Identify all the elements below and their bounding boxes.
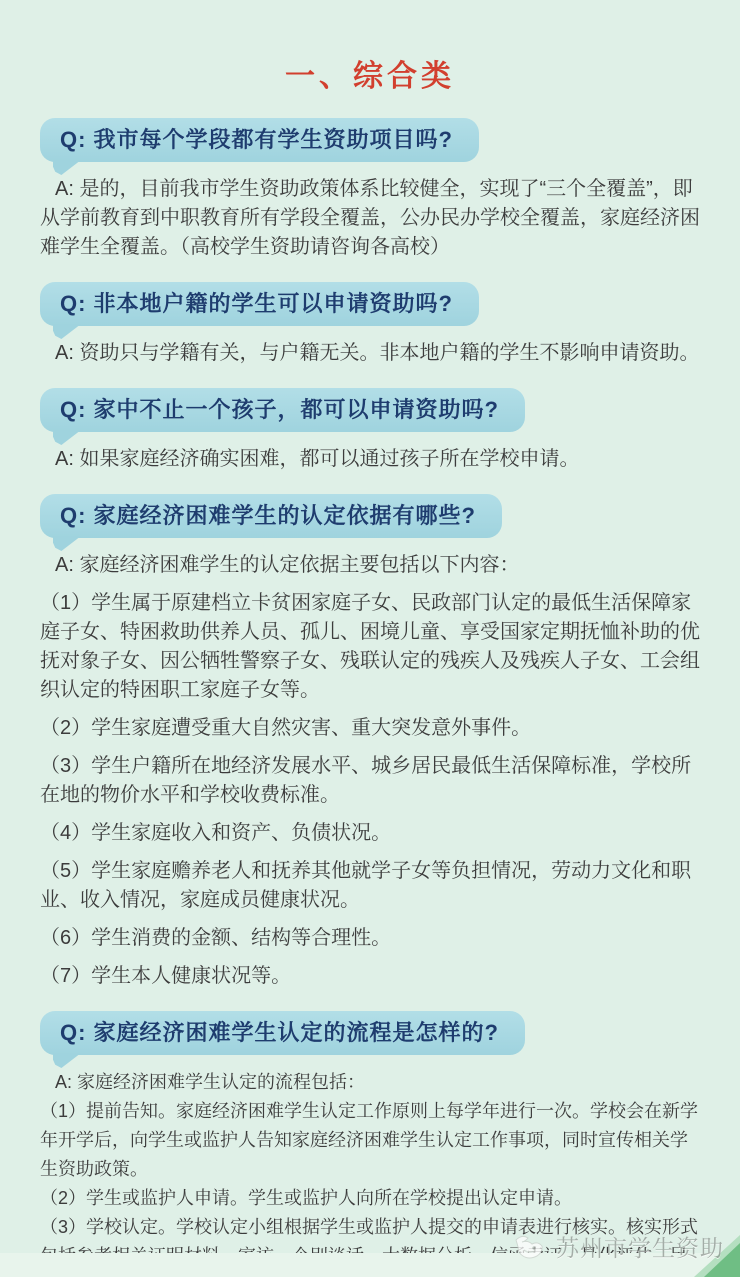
answer-paragraph: （6）学生消费的金额、结构等合理性。 — [40, 924, 700, 953]
qa-block-2: Q: 非本地户籍的学生可以申请资助吗? A: 资助只与学籍有关，与户籍无关。非本… — [40, 262, 700, 368]
question-bubble: Q: 家庭经济困难学生的认定依据有哪些? — [40, 494, 502, 538]
answer-paragraph: A: 如果家庭经济确实困难，都可以通过孩子所在学校申请。 — [40, 445, 700, 474]
question-text: Q: 家庭经济困难学生认定的流程是怎样的? — [60, 1020, 499, 1045]
answer-paragraph: （5）学生家庭赡养老人和抚养其他就学子女等负担情况，劳动力文化和职业、收入情况，… — [40, 857, 700, 915]
page-title: 一、综合类 — [0, 0, 740, 98]
answer-paragraph: A: 家庭经济困难学生的认定依据主要包括以下内容： — [40, 551, 700, 580]
qa-block-3: Q: 家中不止一个孩子，都可以申请资助吗? A: 如果家庭经济确实困难，都可以通… — [40, 368, 700, 474]
watermark: 苏州市学生资助 — [512, 1230, 724, 1263]
answer-block: A: 家庭经济困难学生的认定依据主要包括以下内容：（1）学生属于原建档立卡贫困家… — [40, 551, 700, 991]
answer-paragraph: （1）提前告知。家庭经济困难学生认定工作原则上每学年进行一次。学校会在新学年开学… — [40, 1097, 700, 1184]
question-text: Q: 家庭经济困难学生的认定依据有哪些? — [60, 503, 476, 528]
content-area: Q: 我市每个学段都有学生资助项目吗? A: 是的，目前我市学生资助政策体系比较… — [0, 98, 740, 1271]
question-bubble: Q: 我市每个学段都有学生资助项目吗? — [40, 118, 479, 162]
answer-block: A: 如果家庭经济确实困难，都可以通过孩子所在学校申请。 — [40, 445, 700, 474]
bird-logo-icon — [512, 1232, 548, 1262]
question-bubble: Q: 家中不止一个孩子，都可以申请资助吗? — [40, 388, 525, 432]
answer-paragraph: A: 资助只与学籍有关，与户籍无关。非本地户籍的学生不影响申请资助。 — [40, 339, 700, 368]
answer-paragraph: A: 是的，目前我市学生资助政策体系比较健全，实现了“三个全覆盖”，即从学前教育… — [40, 175, 700, 262]
question-bubble: Q: 家庭经济困难学生认定的流程是怎样的? — [40, 1011, 525, 1055]
answer-paragraph: （4）学生家庭收入和资产、负债状况。 — [40, 819, 700, 848]
qa-block-5: Q: 家庭经济困难学生认定的流程是怎样的? A: 家庭经济困难学生认定的流程包括… — [40, 991, 700, 1271]
question-text: Q: 非本地户籍的学生可以申请资助吗? — [60, 291, 453, 316]
answer-paragraph: A: 家庭经济困难学生认定的流程包括： — [40, 1068, 700, 1097]
question-text: Q: 我市每个学段都有学生资助项目吗? — [60, 127, 453, 152]
question-text: Q: 家中不止一个孩子，都可以申请资助吗? — [60, 397, 499, 422]
answer-paragraph: （2）学生家庭遭受重大自然灾害、重大突发意外事件。 — [40, 714, 700, 743]
answer-paragraph: （1）学生属于原建档立卡贫困家庭子女、民政部门认定的最低生活保障家庭子女、特困救… — [40, 589, 700, 705]
answer-paragraph: （3）学生户籍所在地经济发展水平、城乡居民最低生活保障标准，学校所在地的物价水平… — [40, 752, 700, 810]
faq-poster: 一、综合类 Q: 我市每个学段都有学生资助项目吗? A: 是的，目前我市学生资助… — [0, 0, 740, 1277]
answer-paragraph: （2）学生或监护人申请。学生或监护人向所在学校提出认定申请。 — [40, 1184, 700, 1213]
answer-paragraph: （7）学生本人健康状况等。 — [40, 962, 700, 991]
watermark-text: 苏州市学生资助 — [556, 1230, 724, 1263]
answer-block: A: 资助只与学籍有关，与户籍无关。非本地户籍的学生不影响申请资助。 — [40, 339, 700, 368]
answer-block: A: 是的，目前我市学生资助政策体系比较健全，实现了“三个全覆盖”，即从学前教育… — [40, 175, 700, 262]
question-bubble: Q: 非本地户籍的学生可以申请资助吗? — [40, 282, 479, 326]
qa-block-1: Q: 我市每个学段都有学生资助项目吗? A: 是的，目前我市学生资助政策体系比较… — [40, 98, 700, 262]
qa-block-4: Q: 家庭经济困难学生的认定依据有哪些? A: 家庭经济困难学生的认定依据主要包… — [40, 474, 700, 991]
